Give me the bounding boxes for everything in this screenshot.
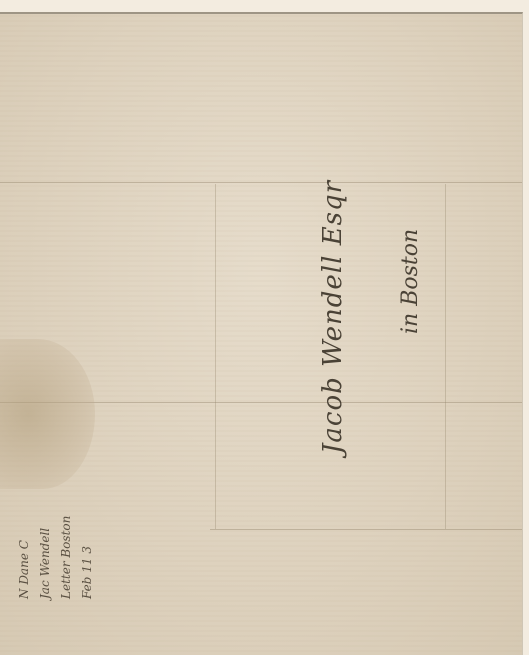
docket-line: Feb 11 3 (77, 516, 98, 599)
addressee-place: in Boston (398, 229, 423, 334)
docket-line: Letter Boston (56, 516, 77, 599)
fold-line (445, 184, 446, 529)
docket-note: N Dane C Jac Wendell Letter Boston Feb 1… (14, 516, 98, 599)
letter-page: Jacob Wendell Esqr in Boston N Dane C Ja… (0, 12, 523, 655)
fold-line (0, 182, 522, 183)
fold-line (215, 184, 216, 529)
docket-line: Jac Wendell (35, 516, 56, 599)
wax-seal-stain (0, 339, 95, 489)
docket-line: N Dane C (14, 516, 35, 599)
addressee-name: Jacob Wendell Esqr (318, 180, 348, 454)
fold-line (210, 529, 522, 530)
